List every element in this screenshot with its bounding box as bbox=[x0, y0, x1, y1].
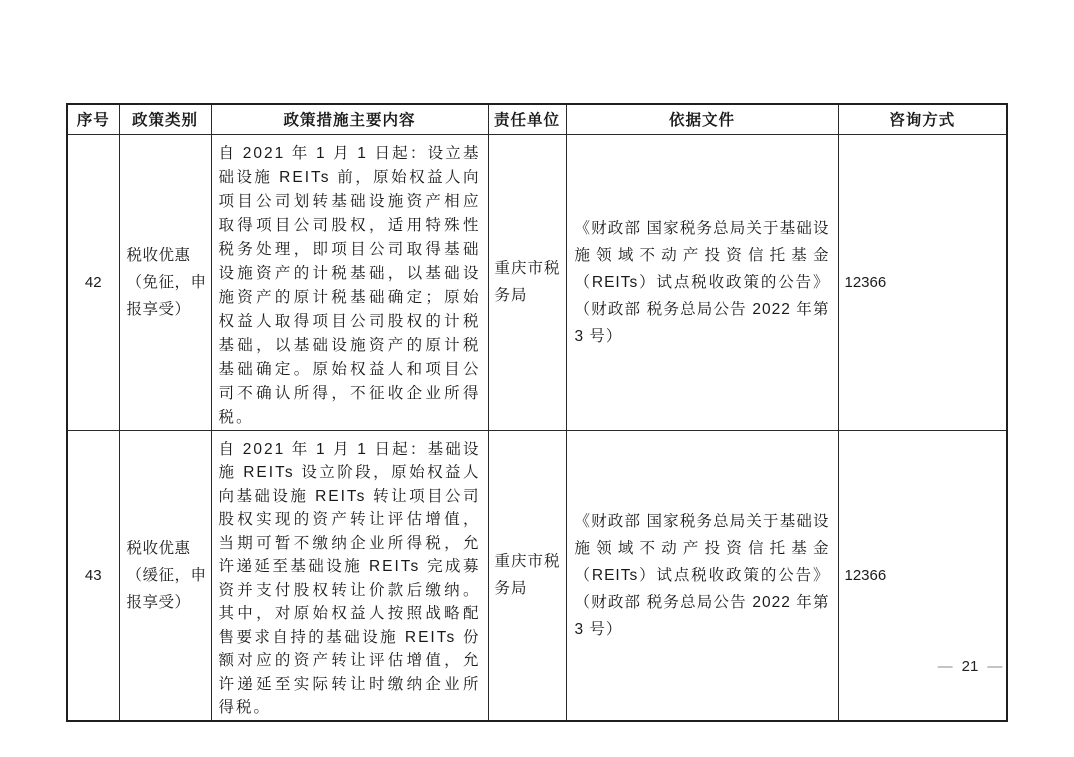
header-contact: 咨询方式 bbox=[838, 104, 1007, 134]
table-header-row: 序号 政策类别 政策措施主要内容 责任单位 依据文件 咨询方式 bbox=[67, 104, 1007, 134]
row-42-content: 自 2021 年 1 月 1 日起：设立基础设施 REITs 前，原始权益人向项… bbox=[211, 134, 488, 430]
row-43-unit: 重庆市税务局 bbox=[488, 430, 566, 721]
row-43-seq: 43 bbox=[67, 430, 119, 721]
footer-dash-right: — bbox=[987, 658, 1002, 675]
table-row-43: 43 税收优惠（缓征，申报享受） 自 2021 年 1 月 1 日起：基础设施 … bbox=[67, 430, 1007, 721]
row-42-category: 税收优惠（免征，申报享受） bbox=[119, 134, 211, 430]
header-content: 政策措施主要内容 bbox=[211, 104, 488, 134]
document-page: 序号 政策类别 政策措施主要内容 责任单位 依据文件 咨询方式 42 税收优惠（… bbox=[0, 0, 1074, 757]
header-category: 政策类别 bbox=[119, 104, 211, 134]
row-43-category: 税收优惠（缓征，申报享受） bbox=[119, 430, 211, 721]
header-unit: 责任单位 bbox=[488, 104, 566, 134]
header-basis: 依据文件 bbox=[566, 104, 838, 134]
row-42-contact: 12366 bbox=[838, 134, 1007, 430]
row-43-content: 自 2021 年 1 月 1 日起：基础设施 REITs 设立阶段，原始权益人向… bbox=[211, 430, 488, 721]
page-number: —21— bbox=[918, 657, 1022, 677]
row-42-seq: 42 bbox=[67, 134, 119, 430]
footer-page-number: 21 bbox=[962, 658, 979, 675]
header-seq: 序号 bbox=[67, 104, 119, 134]
table-row-42: 42 税收优惠（免征，申报享受） 自 2021 年 1 月 1 日起：设立基础设… bbox=[67, 134, 1007, 430]
row-43-basis: 《财政部 国家税务总局关于基础设施领域不动产投资信托基金（REITs）试点税收政… bbox=[566, 430, 838, 721]
row-42-unit: 重庆市税务局 bbox=[488, 134, 566, 430]
row-42-basis: 《财政部 国家税务总局关于基础设施领域不动产投资信托基金（REITs）试点税收政… bbox=[566, 134, 838, 430]
footer-dash-left: — bbox=[938, 658, 953, 675]
policy-table: 序号 政策类别 政策措施主要内容 责任单位 依据文件 咨询方式 42 税收优惠（… bbox=[66, 103, 1008, 722]
